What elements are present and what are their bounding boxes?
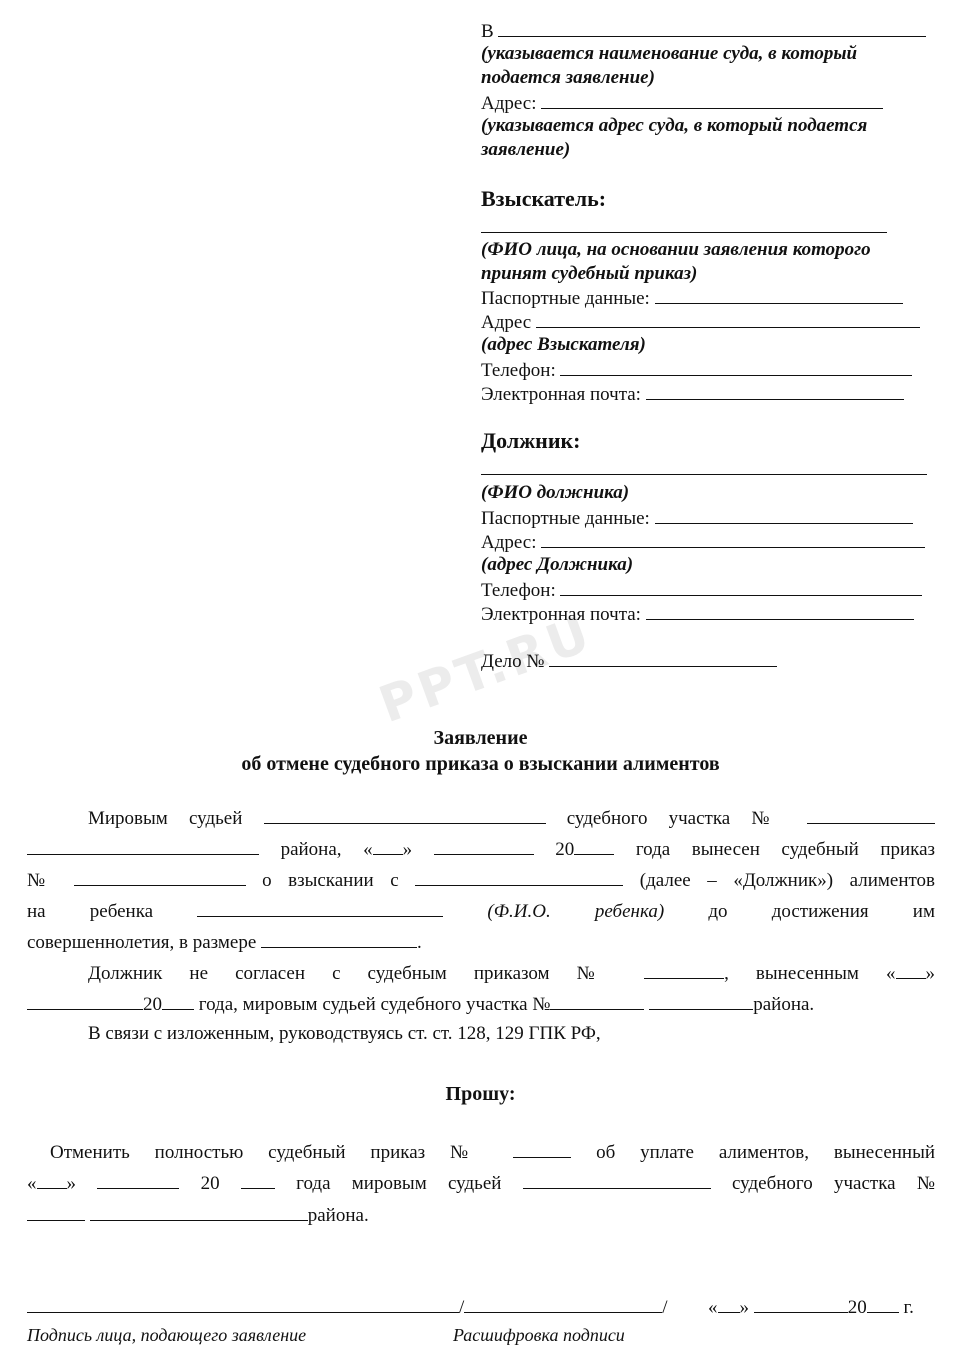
request-line2: «» 20 года мировым судьей судебного учас… (27, 1170, 935, 1196)
text: (далее – «Должник») алиментов (640, 870, 935, 891)
court-note-1: (указывается наименование суда, в которы… (481, 42, 857, 66)
claimant-address-field[interactable] (536, 309, 920, 328)
claimant-name-line (481, 214, 887, 240)
debtor-name-note: (ФИО должника) (481, 481, 629, 505)
request-day-field[interactable] (37, 1170, 67, 1189)
text: 20 (143, 994, 162, 1015)
debtor-address-label: Адрес: (481, 532, 537, 553)
claimant-phone-field[interactable] (560, 357, 912, 376)
text: (Ф.И.О. (487, 901, 550, 922)
debtor-address-note: (адрес Должника) (481, 553, 633, 577)
day-field[interactable] (373, 836, 403, 855)
day-2-field[interactable] (896, 960, 926, 979)
text: 20 (555, 839, 614, 860)
debtor-email-line: Электронная почта: (481, 601, 914, 627)
body-p1-line5: совершеннолетия, в размере . (27, 929, 422, 955)
text: ребенка (90, 901, 153, 922)
text: судебного участка № (567, 808, 786, 829)
sign-month-field[interactable] (754, 1294, 848, 1313)
text: » (740, 1297, 750, 1318)
debtor-passport-label: Паспортные данные: (481, 508, 650, 529)
text: Мировым судьей (88, 808, 242, 829)
text: года, мировым судьей судебного участка № (199, 994, 551, 1015)
court-address-line: Адрес: (481, 90, 883, 116)
body-p1-line3: № о взыскании с (далее – «Должник») алим… (27, 867, 935, 893)
claimant-heading: Взыскатель: (481, 186, 606, 212)
request-district-number-field[interactable] (27, 1202, 85, 1221)
text: 20 (201, 1173, 220, 1194)
text: ребенка) (595, 901, 664, 922)
district-number-2-field[interactable] (550, 991, 644, 1010)
document-title: Заявление (0, 725, 961, 751)
debtor-name-inline-field[interactable] (415, 867, 623, 886)
district-number-field[interactable] (807, 805, 935, 824)
debtor-email-field[interactable] (646, 601, 914, 620)
signature-caption: Подпись лица, подающего заявление (27, 1324, 306, 1346)
request-district-name-field[interactable] (90, 1202, 308, 1221)
court-note-2: подается заявление) (481, 66, 655, 90)
debtor-phone-field[interactable] (560, 577, 922, 596)
claimant-passport-label: Паспортные данные: (481, 288, 650, 309)
debtor-email-label: Электронная почта: (481, 604, 641, 625)
text: № (27, 870, 57, 891)
sign-day-field[interactable] (718, 1294, 740, 1313)
request-year-field[interactable] (241, 1170, 275, 1189)
text: года вынесен судебный приказ (636, 839, 935, 860)
month-field[interactable] (434, 836, 534, 855)
text: на (27, 901, 46, 922)
claimant-address-note: (адрес Взыскателя) (481, 333, 646, 357)
text: достижения (772, 901, 869, 922)
court-address-note-1: (указывается адрес суда, в который подае… (481, 114, 867, 138)
text: района. (753, 994, 814, 1015)
separator: / (662, 1297, 667, 1318)
text: района, «» (281, 839, 413, 860)
case-number-line: Дело № (481, 648, 777, 674)
year-2-field[interactable] (162, 991, 194, 1010)
request-line3: района. (27, 1202, 369, 1228)
signature-field[interactable] (27, 1294, 459, 1313)
order-number-field[interactable] (74, 867, 246, 886)
text: до (708, 901, 727, 922)
claimant-passport-field[interactable] (655, 285, 903, 304)
district-name-field[interactable] (27, 836, 259, 855)
text: « (708, 1297, 718, 1318)
text: , вынесенным «» (644, 963, 935, 984)
year-field[interactable] (574, 836, 614, 855)
text: года мировым судьей (296, 1173, 501, 1194)
body-p1-line2: района, «» 20 года вынесен судебный прик… (27, 836, 935, 862)
case-number-label: Дело № (481, 651, 545, 672)
text: Должник не согласен с судебным приказом … (88, 963, 617, 984)
court-address-label: Адрес: (481, 93, 537, 114)
claimant-name-field[interactable] (481, 214, 887, 233)
debtor-heading: Должник: (481, 428, 581, 454)
request-heading: Прошу: (0, 1081, 961, 1107)
claimant-phone-line: Телефон: (481, 357, 912, 383)
debtor-name-line (481, 456, 927, 482)
request-order-number-field[interactable] (513, 1139, 571, 1158)
text: 20 (848, 1297, 867, 1318)
request-line1: Отменить полностью судебный приказ № об … (50, 1139, 935, 1165)
debtor-address-line: Адрес: (481, 529, 925, 555)
body-p2-line1: Должник не согласен с судебным приказом … (88, 960, 935, 986)
text: г. (904, 1297, 914, 1318)
claimant-address-label: Адрес (481, 312, 531, 333)
debtor-phone-line: Телефон: (481, 577, 922, 603)
text: совершеннолетия, в размере (27, 932, 256, 953)
claimant-address-line: Адрес (481, 309, 920, 335)
text: района. (308, 1205, 369, 1226)
document-subtitle: об отмене судебного приказа о взыскании … (0, 751, 961, 777)
order-number-2-field[interactable] (644, 960, 724, 979)
body-p1-line1: Мировым судьей судебного участка № (88, 805, 935, 831)
claimant-passport-line: Паспортные данные: (481, 285, 903, 311)
debtor-phone-label: Телефон: (481, 580, 556, 601)
court-prefix: В (481, 21, 494, 42)
child-name-field[interactable] (197, 898, 443, 917)
body-p1-line4: на ребенка (Ф.И.О. ребенка) до достижени… (27, 898, 935, 924)
amount-field[interactable] (261, 929, 417, 948)
signature-decode-caption: Расшифровка подписи (453, 1324, 625, 1346)
signature-date: «» 20 г. (708, 1294, 914, 1320)
district-name-2-field[interactable] (649, 991, 753, 1010)
request-judge-field[interactable] (523, 1170, 711, 1189)
body-p3: В связи с изложенным, руководствуясь ст.… (88, 1022, 601, 1046)
signature-decode-field[interactable] (464, 1294, 662, 1313)
case-number-field[interactable] (549, 648, 777, 667)
text: судебного участка № (732, 1173, 935, 1194)
text: об уплате алиментов, вынесенный (596, 1142, 935, 1163)
text: «» (27, 1173, 76, 1194)
request-month-field[interactable] (97, 1170, 179, 1189)
claimant-email-line: Электронная почта: (481, 381, 904, 407)
debtor-passport-field[interactable] (655, 505, 913, 524)
claimant-name-note-2: принят судебный приказ) (481, 262, 697, 286)
text: . (417, 932, 422, 953)
debtor-name-field[interactable] (481, 456, 927, 475)
sign-year-field[interactable] (867, 1294, 899, 1313)
month-2-field[interactable] (27, 991, 143, 1010)
claimant-email-field[interactable] (646, 381, 904, 400)
judge-name-field[interactable] (264, 805, 546, 824)
body-p2-line2: 20 года, мировым судьей судебного участк… (27, 991, 814, 1017)
text: о взыскании с (262, 870, 399, 891)
text: им (913, 901, 935, 922)
debtor-address-field[interactable] (541, 529, 925, 548)
court-line: В (481, 18, 926, 44)
debtor-passport-line: Паспортные данные: (481, 505, 913, 531)
claimant-email-label: Электронная почта: (481, 384, 641, 405)
claimant-name-note-1: (ФИО лица, на основании заявления которо… (481, 238, 871, 262)
text: Отменить полностью судебный приказ № (50, 1142, 488, 1163)
court-address-field[interactable] (541, 90, 883, 109)
court-address-note-2: заявление) (481, 138, 570, 162)
court-name-field[interactable] (498, 18, 926, 37)
signature-line: // (27, 1294, 668, 1320)
claimant-phone-label: Телефон: (481, 360, 556, 381)
